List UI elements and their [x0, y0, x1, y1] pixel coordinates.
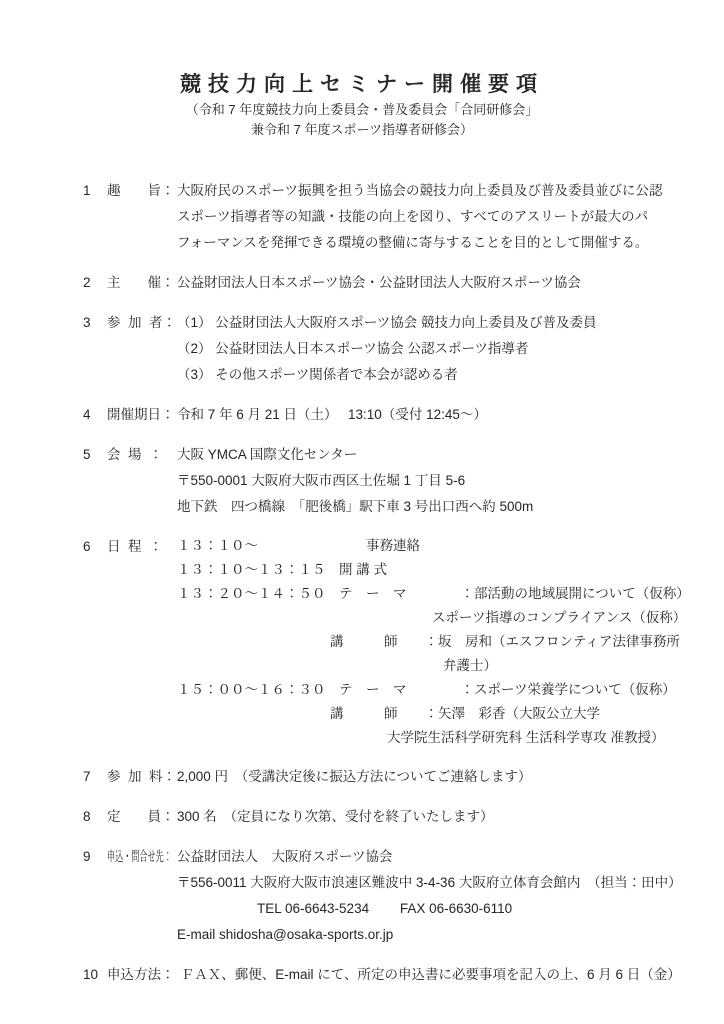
section-label: 参 加 料：	[107, 764, 177, 790]
section-line: 地下鉄 四つ橋線 「肥後橋」駅下車 3 号出口西へ約 500m	[177, 494, 688, 520]
section-4-date: 4 開催期日： 令和 7 年 6 月 21 日（土） 13:10（受付 12:4…	[83, 402, 688, 428]
schedule-line: １３：１０～ 事務連絡	[177, 534, 688, 558]
section-label: 主 催：	[107, 270, 177, 296]
section-line: 大阪府民のスポーツ振興を担う当協会の競技力向上委員及び普及委員並びに公認	[177, 178, 688, 204]
section-content: 公益財団法人日本スポーツ協会・公益財団法人大阪府スポーツ協会	[177, 270, 688, 296]
section-label: 申込・問合せ先：	[107, 844, 172, 870]
section-number: 7	[83, 764, 107, 790]
section-label: 趣 旨：	[107, 178, 177, 204]
section-label: 参 加 者：	[107, 310, 177, 336]
section-content: ＦＡＸ、郵便、E-mail にて、所定の申込書に必要事項を記入の上、6 月 6 …	[177, 962, 688, 988]
section-label: 会 場 ：	[107, 442, 177, 468]
section-8-capacity: 8 定 員： 300 名 （定員になり次第、受付を終了いたします）	[83, 804, 688, 830]
section-number: 8	[83, 804, 107, 830]
schedule-line: 弁護士）	[443, 654, 688, 678]
section-line: 公益財団法人日本スポーツ協会・公益財団法人大阪府スポーツ協会	[177, 270, 688, 296]
schedule-line: 大学院生活科学研究科 生活科学専攻 准教授）	[387, 726, 688, 750]
section-line: 大阪 YMCA 国際文化センター	[177, 442, 688, 468]
section-number: 2	[83, 270, 107, 296]
section-3-participants: 3 参 加 者： （1） 公益財団法人大阪府スポーツ協会 競技力向上委員及び普及…	[83, 310, 688, 388]
schedule-line: １３：１０～１３：１５ 開 講 式	[177, 558, 688, 582]
section-number: 5	[83, 442, 107, 468]
section-5-venue: 5 会 場 ： 大阪 YMCA 国際文化センター 〒550-0001 大阪府大阪…	[83, 442, 688, 520]
section-line: 2,000 円 （受講決定後に振込方法についてご連絡します）	[177, 764, 688, 790]
document-subtitle-line1: （令和 7 年度競技力向上委員会・普及委員会「合同研修会」	[0, 100, 724, 120]
section-7-fee: 7 参 加 料： 2,000 円 （受講決定後に振込方法についてご連絡します）	[83, 764, 688, 790]
schedule-line: １５：００～１６：３０ テ ー マ ：スポーツ栄養学について（仮称）	[177, 678, 688, 702]
section-6-schedule: 6 日 程 ： １３：１０～ 事務連絡 １３：１０～１３：１５ 開 講 式 １３…	[83, 534, 688, 750]
section-line: ＦＡＸ、郵便、E-mail にて、所定の申込書に必要事項を記入の上、6 月 6 …	[177, 962, 688, 988]
section-line: フォーマンスを発揮できる環境の整備に寄与することを目的として開催する。	[177, 230, 688, 256]
section-line: 〒556-0011 大阪府大阪市浪速区難波中 3-4-36 大阪府立体育会館内 …	[177, 870, 688, 896]
document-body: 1 趣 旨： 大阪府民のスポーツ振興を担う当協会の競技力向上委員及び普及委員並び…	[0, 140, 724, 988]
document-title: 競技力向上セミナー開催要項	[0, 70, 724, 100]
document-header: 競技力向上セミナー開催要項 （令和 7 年度競技力向上委員会・普及委員会「合同研…	[0, 70, 724, 140]
section-content: １３：１０～ 事務連絡 １３：１０～１３：１５ 開 講 式 １３：２０～１４：５…	[177, 534, 688, 750]
section-content: 大阪府民のスポーツ振興を担う当協会の競技力向上委員及び普及委員並びに公認 スポー…	[177, 178, 688, 256]
section-number: 3	[83, 310, 107, 336]
section-line: 300 名 （定員になり次第、受付を終了いたします）	[177, 804, 688, 830]
section-content: 300 名 （定員になり次第、受付を終了いたします）	[177, 804, 688, 830]
section-1-purpose: 1 趣 旨： 大阪府民のスポーツ振興を担う当協会の競技力向上委員及び普及委員並び…	[83, 178, 688, 256]
section-line: （1） 公益財団法人大阪府スポーツ協会 競技力向上委員及び普及委員	[177, 310, 688, 336]
section-label: 申込方法：	[107, 962, 177, 988]
section-number: 9	[83, 844, 107, 870]
section-2-organizer: 2 主 催： 公益財団法人日本スポーツ協会・公益財団法人大阪府スポーツ協会	[83, 270, 688, 296]
section-content: （1） 公益財団法人大阪府スポーツ協会 競技力向上委員及び普及委員 （2） 公益…	[177, 310, 688, 388]
contact-email-line: E-mail shidosha@osaka-sports.or.jp	[177, 922, 688, 948]
section-number: 10	[83, 962, 107, 988]
schedule-line: 講 師 ：矢澤 彩香（大阪公立大学	[330, 702, 688, 726]
schedule-line: １３：２０～１４：５０ テ ー マ ：部活動の地域展開について（仮称）	[177, 582, 688, 606]
section-9-contact: 9 申込・問合せ先： 公益財団法人 大阪府スポーツ協会 〒556-0011 大阪…	[83, 844, 688, 948]
section-line: 公益財団法人 大阪府スポーツ協会	[177, 844, 688, 870]
section-label: 日 程 ：	[107, 534, 177, 560]
section-number: 6	[83, 534, 107, 560]
section-content: 令和 7 年 6 月 21 日（土） 13:10（受付 12:45～）	[177, 402, 688, 428]
section-content: 公益財団法人 大阪府スポーツ協会 〒556-0011 大阪府大阪市浪速区難波中 …	[177, 844, 688, 948]
schedule-line: スポーツ指導のコンプライアンス（仮称）	[432, 606, 688, 630]
section-line: （3） その他スポーツ関係者で本会が認める者	[177, 362, 688, 388]
section-10-application: 10 申込方法： ＦＡＸ、郵便、E-mail にて、所定の申込書に必要事項を記入…	[83, 962, 688, 988]
section-line: （2） 公益財団法人日本スポーツ協会 公認スポーツ指導者	[177, 336, 688, 362]
document-subtitle-line2: 兼令和 7 年度スポーツ指導者研修会）	[0, 120, 724, 140]
section-content: 2,000 円 （受講決定後に振込方法についてご連絡します）	[177, 764, 688, 790]
section-label: 開催期日：	[107, 402, 177, 428]
section-label: 定 員：	[107, 804, 177, 830]
section-line: 令和 7 年 6 月 21 日（土） 13:10（受付 12:45～）	[177, 402, 688, 428]
section-number: 4	[83, 402, 107, 428]
contact-phone-fax-line: TEL 06-6643-5234 FAX 06-6630-6110	[257, 896, 688, 922]
document-page: 競技力向上セミナー開催要項 （令和 7 年度競技力向上委員会・普及委員会「合同研…	[0, 0, 724, 1024]
section-content: 大阪 YMCA 国際文化センター 〒550-0001 大阪府大阪市西区土佐堀 1…	[177, 442, 688, 520]
section-line: スポーツ指導者等の知識・技能の向上を図り、すべてのアスリートが最大のパ	[177, 204, 688, 230]
section-number: 1	[83, 178, 107, 204]
section-line: 〒550-0001 大阪府大阪市西区土佐堀 1 丁目 5-6	[177, 468, 688, 494]
schedule-line: 講 師 ：坂 房和（エスフロンティア法律事務所	[330, 630, 688, 654]
